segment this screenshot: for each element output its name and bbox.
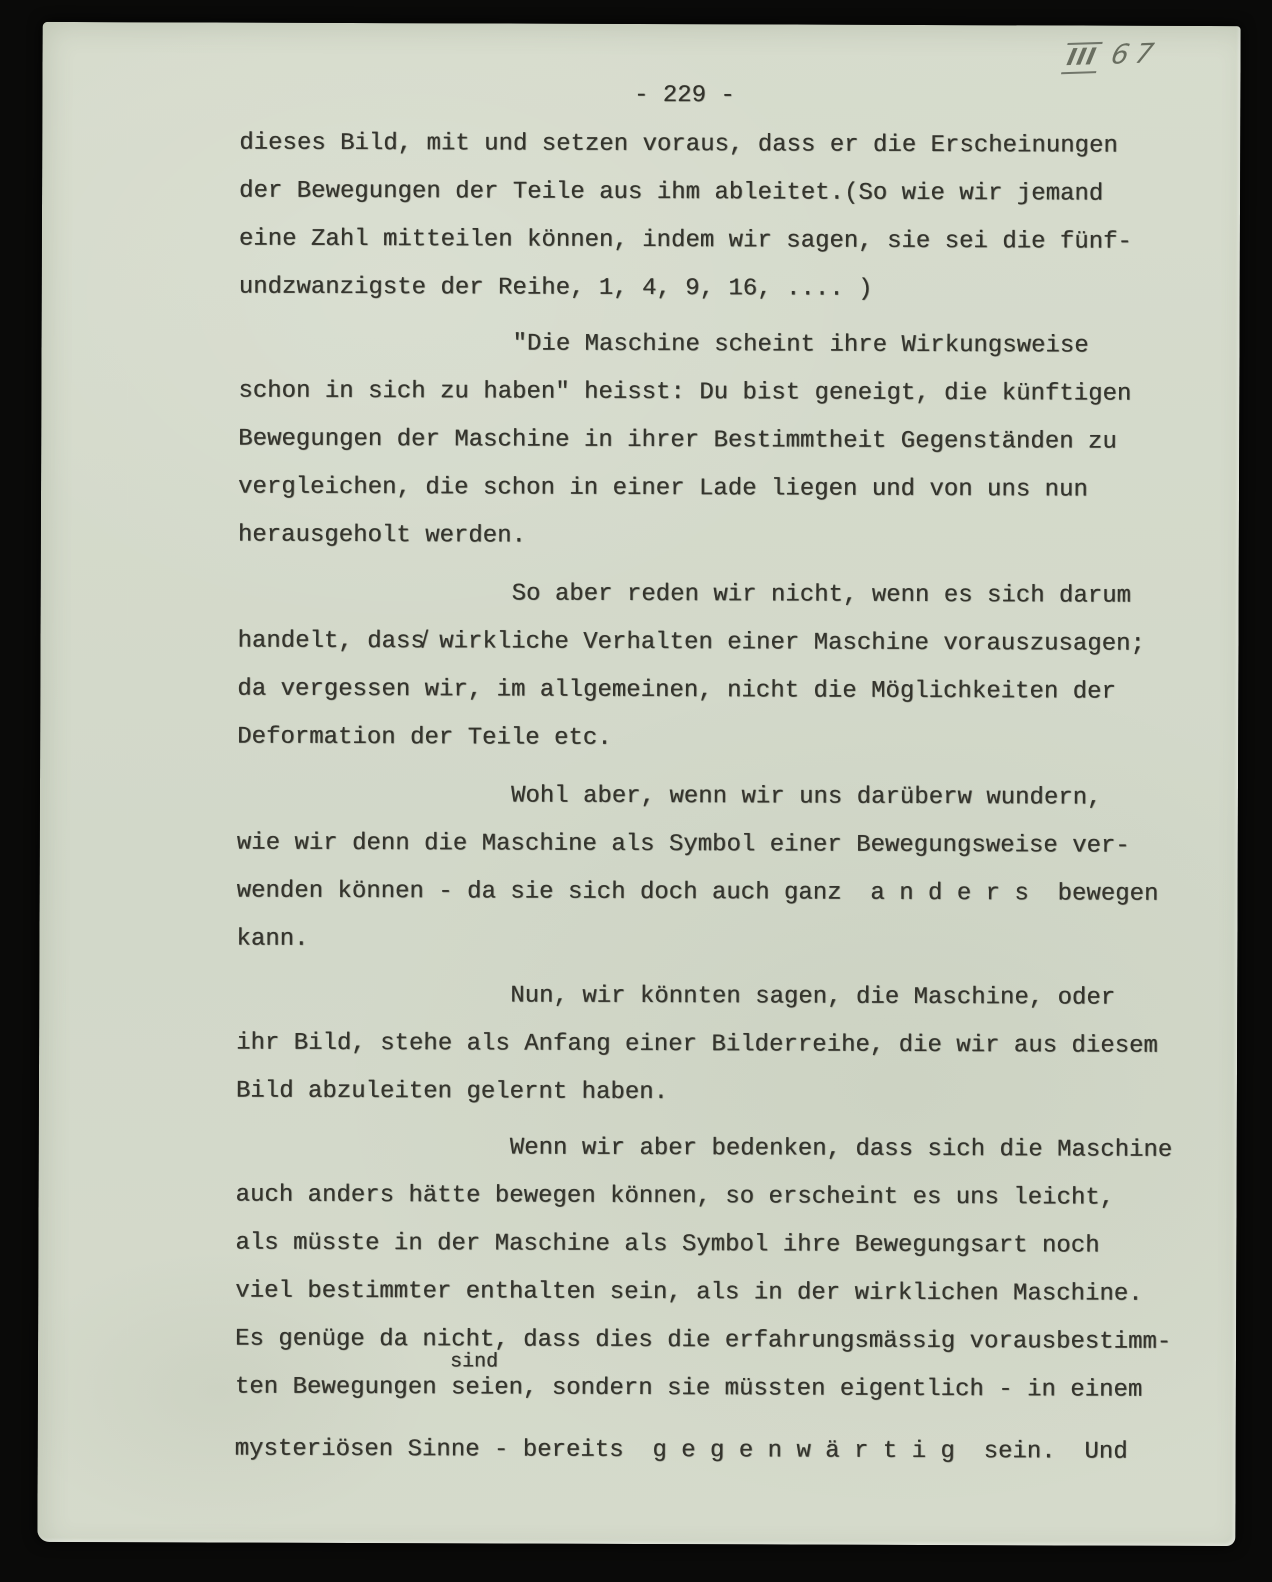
text-line: als müsste in der Maschine als Symbol ih… — [235, 1220, 1215, 1271]
annotation-number: 67 — [1108, 38, 1163, 71]
text-line: Bild abzuleiten gelernt haben. — [236, 1068, 1216, 1119]
text-line: Bewegungen der Maschine in ihrer Bestimm… — [238, 416, 1218, 467]
text-line: ihr Bild, stehe als Anfang einer Bilderr… — [236, 1020, 1216, 1071]
text-line: dieses Bild, mit und setzen voraus, dass… — [239, 120, 1219, 171]
text-line: Nun, wir könnten sagen, die Maschine, od… — [236, 972, 1216, 1023]
text-line: ten Bewegungen seien, sondern sie müsste… — [235, 1364, 1215, 1415]
text-line: So aber reden wir nicht, wenn es sich da… — [238, 570, 1218, 621]
typewritten-text: sind dieses Bild, mit und setzen voraus,… — [235, 120, 1220, 1477]
page-number: - 229 - — [634, 82, 735, 109]
text-line: kann. — [236, 916, 1216, 967]
text-line: vergleichen, die schon in einer Lade lie… — [238, 464, 1218, 515]
text-line: wie wir denn die Maschine als Symbol ein… — [237, 820, 1217, 871]
text-line: Wenn wir aber bedenken, dass sich die Ma… — [236, 1124, 1216, 1175]
scan-background: { "annotation": { "roman": "III", "numbe… — [0, 0, 1272, 1582]
text-line: herausgeholt werden. — [238, 512, 1218, 563]
text-line: Wohl aber, wenn wir uns darüberw wundern… — [237, 772, 1217, 823]
interlinear-insertion: sind — [450, 1352, 498, 1372]
text-line: handelt, dass̸ wirkliche Verhalten einer… — [237, 618, 1217, 669]
text-line: wenden können - da sie sich doch auch ga… — [237, 868, 1217, 919]
text-line: schon in sich zu haben" heisst: Du bist … — [238, 368, 1218, 419]
text-line: der Bewegungen der Teile aus ihm ableite… — [239, 168, 1219, 219]
text-line: Es genüge da nicht, dass dies die erfahr… — [235, 1316, 1215, 1367]
handwritten-folio-annotation: III 67 — [1061, 38, 1163, 74]
text-line: eine Zahl mitteilen können, indem wir sa… — [239, 216, 1219, 267]
text-line: auch anders hätte bewegen können, so ers… — [235, 1172, 1215, 1223]
text-line: Deformation der Teile etc. — [237, 714, 1217, 765]
text-line: da vergessen wir, im allgemeinen, nicht … — [237, 666, 1217, 717]
text-line: undzwanzigste der Reihe, 1, 4, 9, 16, ..… — [239, 264, 1219, 315]
text-line: "Die Maschine scheint ihre Wirkungsweise — [238, 320, 1218, 371]
annotation-roman-numeral: III — [1061, 42, 1102, 74]
text-line: mysteriösen Sinne - bereits g e g e n w … — [235, 1426, 1215, 1477]
document-page: III 67 - 229 - sind dieses Bild, mit und… — [37, 22, 1240, 1546]
text-line: viel bestimmter enthalten sein, als in d… — [235, 1268, 1215, 1319]
